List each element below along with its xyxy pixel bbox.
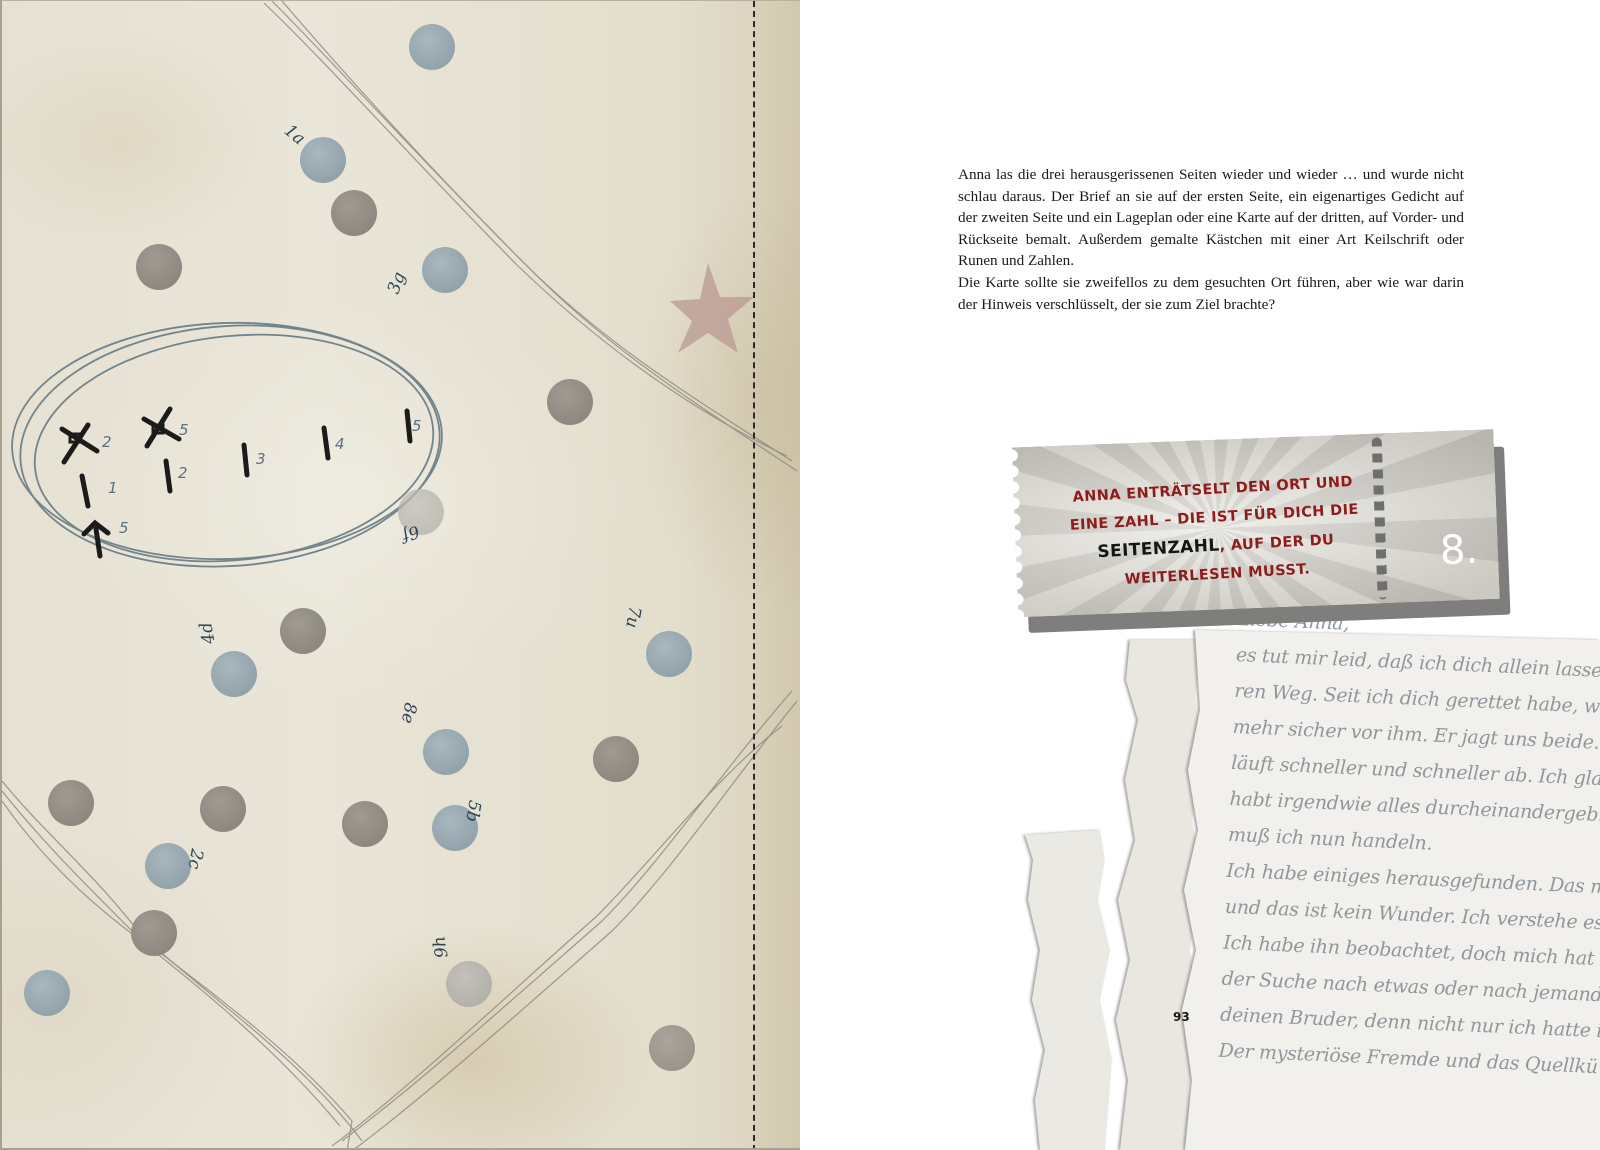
rune-number: 4 bbox=[335, 435, 345, 453]
rune-number: 3 bbox=[256, 450, 266, 468]
map-dot bbox=[24, 970, 70, 1016]
ticket-number: 8. bbox=[1439, 530, 1479, 571]
map-label: 7u bbox=[621, 605, 644, 630]
map-dot bbox=[131, 910, 177, 956]
rune-number: 5 bbox=[179, 421, 189, 439]
map-label: 9h bbox=[429, 935, 452, 960]
rune-number: 1 bbox=[108, 479, 118, 497]
rune-number: 5 bbox=[119, 519, 129, 537]
handwritten-letter: Liebe Anna, es tut mir leid, daß ich dic… bbox=[1218, 608, 1600, 1093]
rune-number: 2 bbox=[102, 433, 112, 451]
map-dot bbox=[547, 379, 593, 425]
map-dot bbox=[48, 780, 94, 826]
map-sketch-lines bbox=[2, 1, 800, 1150]
hint-ticket: ANNA ENTRÄTSELT DEN ORT UND EINE ZAHL – … bbox=[1012, 429, 1509, 630]
map-dot bbox=[211, 651, 257, 697]
map-dot bbox=[342, 801, 388, 847]
ticket-instruction: ANNA ENTRÄTSELT DEN ORT UND EINE ZAHL – … bbox=[1052, 467, 1378, 598]
map-dot bbox=[446, 961, 492, 1007]
page-number: 93 bbox=[1173, 1010, 1190, 1024]
rune-number: 5 bbox=[412, 417, 422, 435]
map-label: 8e bbox=[397, 701, 420, 725]
map-dot bbox=[646, 631, 692, 677]
map-dot bbox=[300, 137, 346, 183]
map-label: 5b bbox=[461, 799, 484, 824]
ticket-line-rest: , AUF DER DU bbox=[1219, 532, 1335, 554]
map-dot bbox=[593, 736, 639, 782]
ticket-keyword: SEITENZAHL bbox=[1097, 536, 1220, 563]
map-dot bbox=[331, 190, 377, 236]
map-label: 2c bbox=[184, 847, 207, 871]
map-page: 1a 3g 6f 4d 7u 8e 5b 2c 9h 2 5 1 2 3 4 5… bbox=[0, 0, 800, 1150]
map-label: 4d bbox=[196, 621, 219, 646]
map-dot bbox=[422, 247, 468, 293]
map-dot bbox=[649, 1025, 695, 1071]
star-icon bbox=[670, 263, 754, 353]
map-dot bbox=[409, 24, 455, 70]
cut-line-dashed bbox=[753, 1, 755, 1150]
map-dot bbox=[423, 729, 469, 775]
map-dot bbox=[280, 608, 326, 654]
map-dot bbox=[200, 786, 246, 832]
rune-number: 2 bbox=[178, 464, 188, 482]
map-dot bbox=[136, 244, 182, 290]
